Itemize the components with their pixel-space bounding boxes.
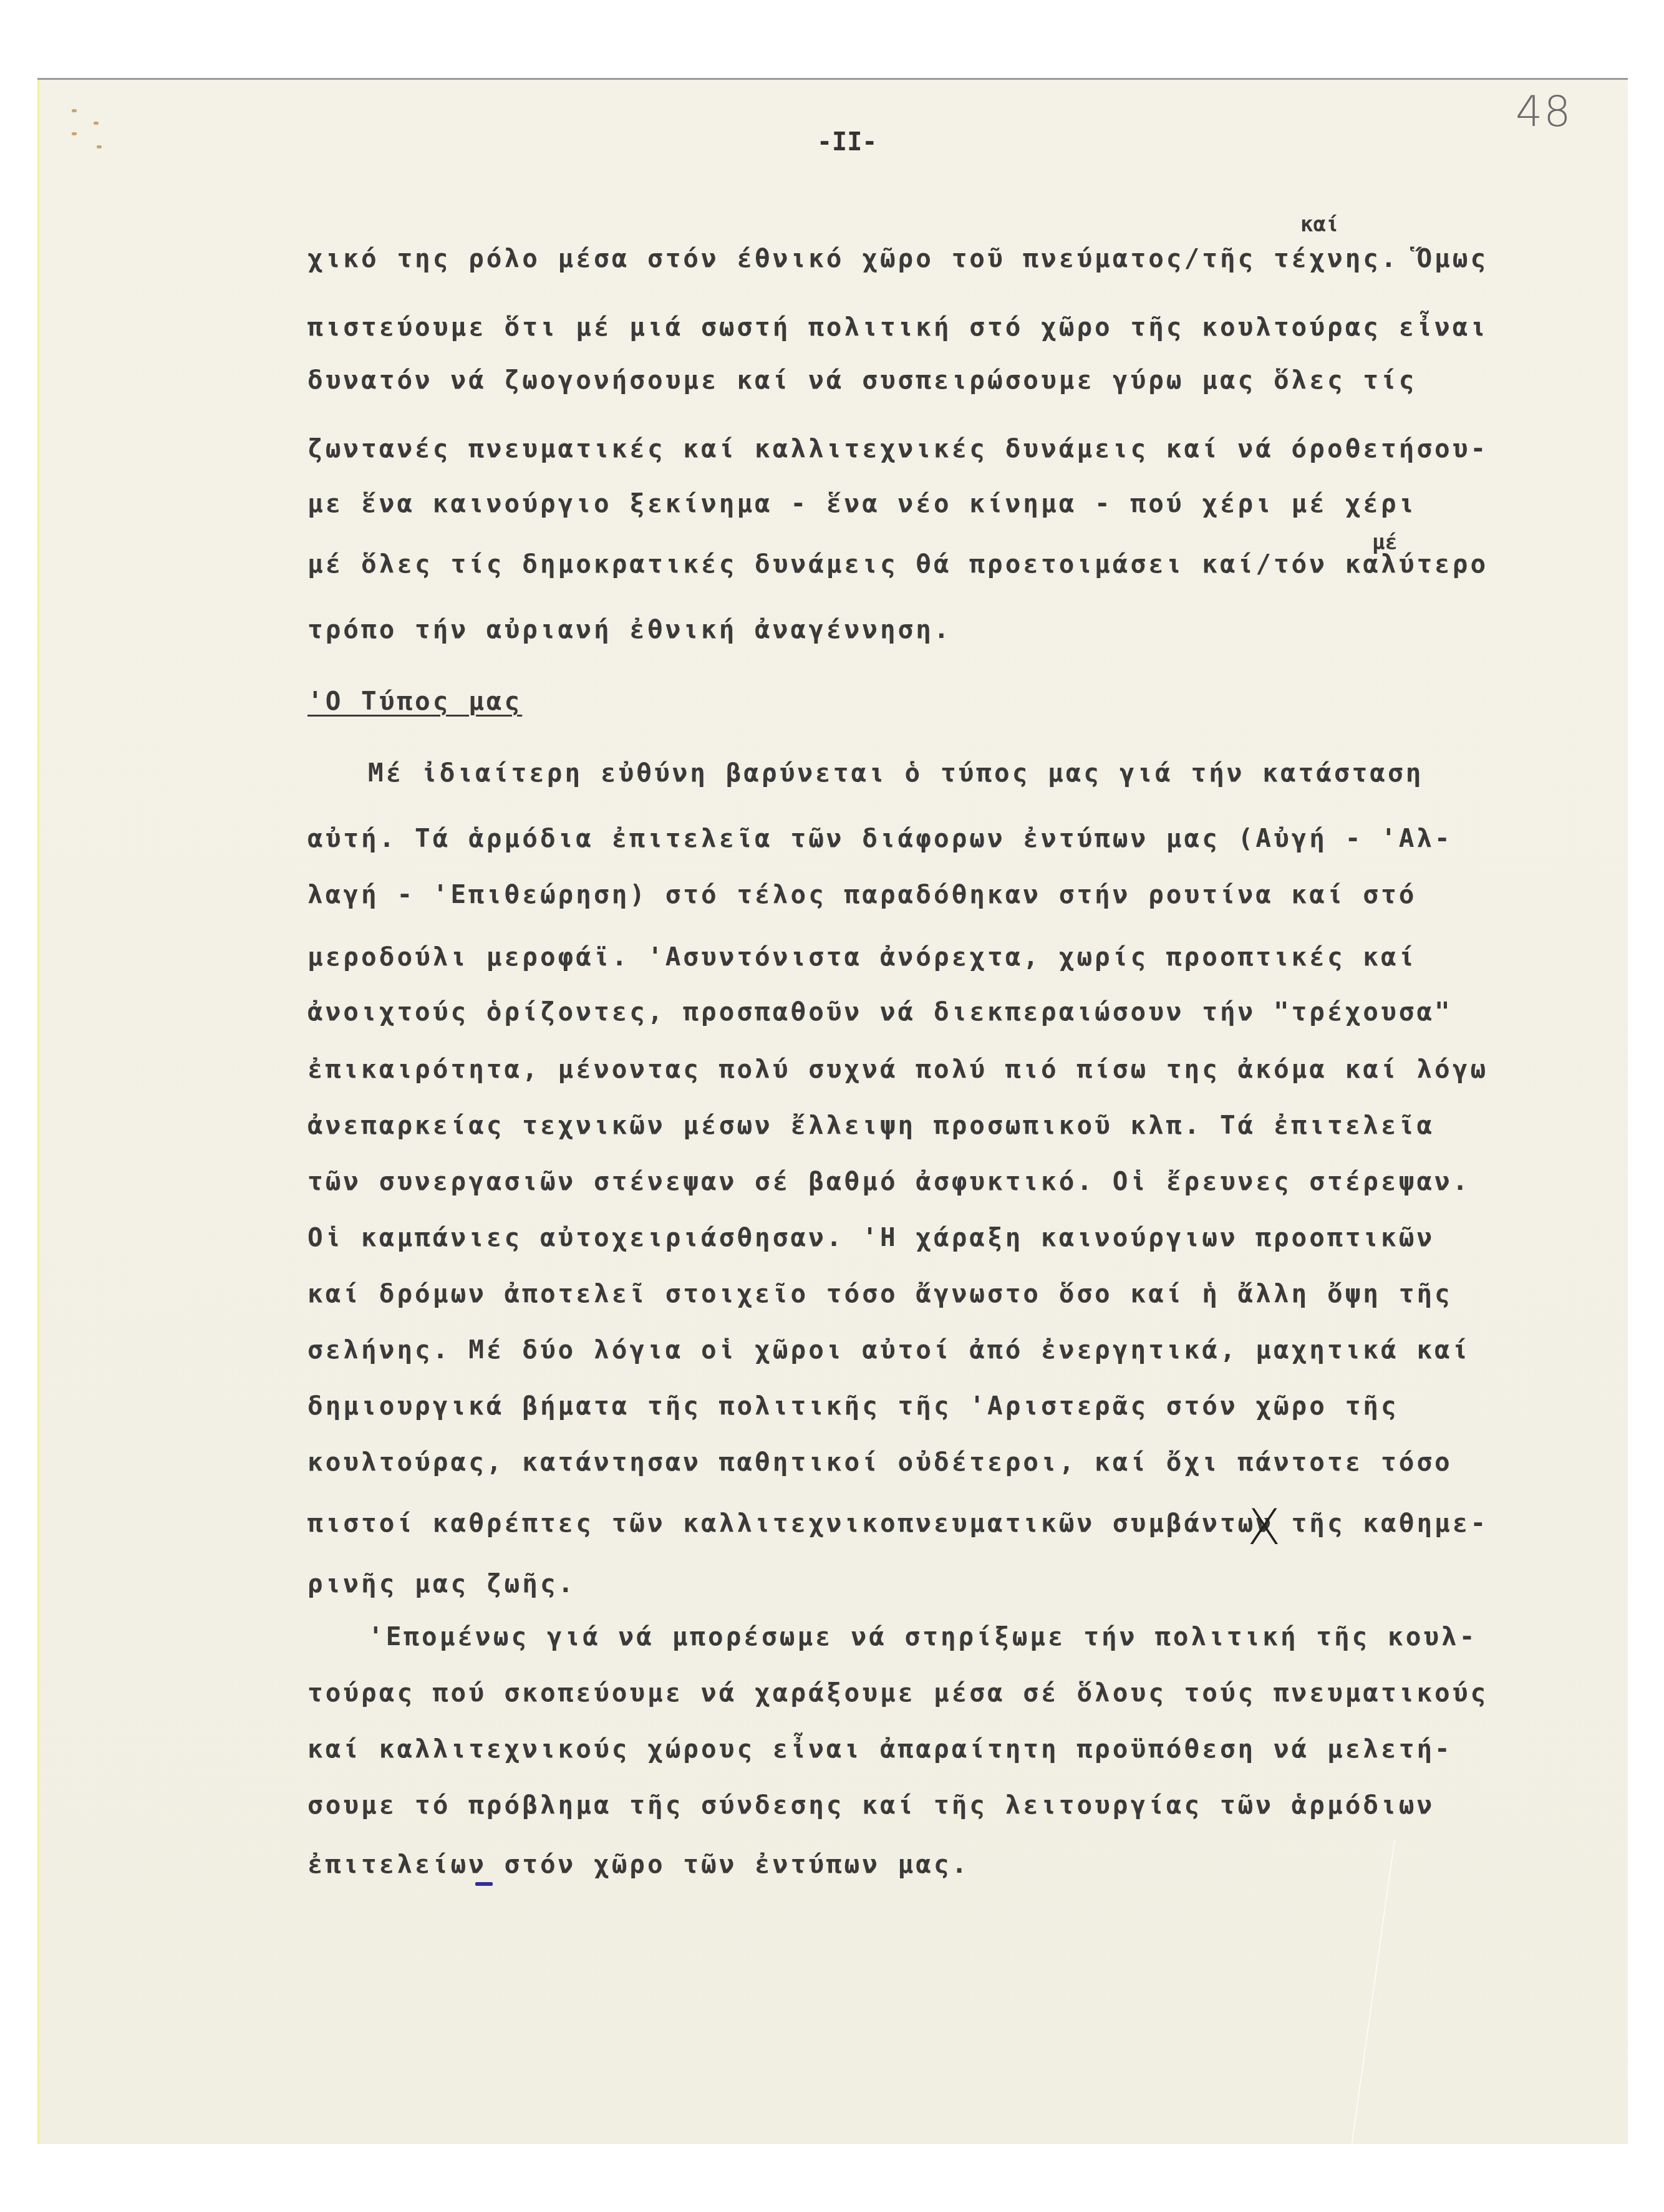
text-line: δυνατόν νά ζωογονήσουμε καί νά συσπειρώσ…: [307, 365, 1416, 395]
staple-mark: [72, 132, 77, 135]
text-line: καί δρόμων ἀποτελεῖ στοιχεῖο τόσο ἄγνωστ…: [307, 1278, 1453, 1308]
text-line: αὐτή. Τά ἁρμόδια ἐπιτελεῖα τῶν διάφορων …: [307, 823, 1453, 853]
text-line: δημιουργικά βήματα τῆς πολιτικῆς τῆς 'Αρ…: [307, 1391, 1399, 1421]
text-line: καί καλλιτεχνικούς χώρους εἶναι ἀπαραίτη…: [307, 1734, 1453, 1764]
text-line: ἀνεπαρκείας τεχνικῶν μέσων ἔλλειψη προσω…: [307, 1110, 1434, 1140]
insertion-above-line-1: καί: [1300, 212, 1338, 237]
text-line: Οἱ καμπάνιες αὐτοχειριάσθησαν. 'Η χάραξη…: [307, 1222, 1434, 1252]
text-line: με ἕνα καινούργιο ξεκίνημα - ἕνα νέο κίν…: [307, 488, 1416, 518]
text-line: Μέ ἰδιαίτερη εὐθύνη βαρύνεται ὁ τύπος μα…: [368, 758, 1423, 788]
typed-page-marker: -II-: [817, 128, 877, 157]
text-line: τῶν συνεργασιῶν στένεψαν σέ βαθμό ἀσφυκτ…: [307, 1166, 1470, 1196]
text-line: τρόπο τήν αὐριανή ἐθνική ἀναγέννηση.: [307, 614, 952, 644]
handwritten-cross-mark: X: [1247, 1500, 1280, 1556]
text-line: ἐπικαιρότητα, μένοντας πολύ συχνά πολύ π…: [307, 1054, 1488, 1084]
end-of-text-mark: [475, 1882, 493, 1886]
text-line: κουλτούρας, κατάντησαν παθητικοί οὐδέτερ…: [307, 1447, 1453, 1477]
text-line: ἐπιτελείων στόν χῶρο τῶν ἐντύπων μας.: [307, 1849, 969, 1879]
text-line: σουμε τό πρόβλημα τῆς σύνδεσης καί τῆς λ…: [307, 1790, 1434, 1820]
text-line: ἀνοιχτούς ὁρίζοντες, προσπαθοῦν νά διεκπ…: [307, 997, 1453, 1026]
text-line: σελήνης. Μέ δύο λόγια οἱ χῶροι αὐτοί ἀπό…: [307, 1335, 1470, 1364]
text-line: πιστεύουμε ὅτι μέ μιά σωστή πολιτική στό…: [307, 312, 1488, 342]
text-line: μέ ὅλες τίς δημοκρατικές δυνάμεις θά προ…: [307, 549, 1488, 579]
handwritten-page-number: 48: [1516, 87, 1572, 137]
text-line: πιστοί καθρέπτες τῶν καλλιτεχνικοπνευματ…: [307, 1508, 1488, 1538]
text-line: μεροδούλι μεροφάϊ. 'Ασυντόνιστα ἀνόρεχτα…: [307, 942, 1416, 972]
text-line: 'Επομένως γιά νά μπορέσωμε νά στηρίξωμε …: [368, 1621, 1477, 1651]
staple-mark: [94, 122, 99, 125]
text-line: ζωντανές πνευματικές καί καλλιτεχνικές δ…: [307, 433, 1488, 463]
text-line: λαγή - 'Επιθεώρηση) στό τέλος παραδόθηκα…: [307, 879, 1416, 909]
text-line: ρινῆς μας ζωῆς.: [307, 1568, 576, 1598]
staple-mark: [97, 145, 102, 148]
staple-mark: [72, 109, 77, 112]
section-heading: 'Ο Τύπος μας: [307, 686, 522, 716]
text-line: χικό της ρόλο μέσα στόν έθνικό χῶρο τοῦ …: [307, 243, 1488, 273]
text-line: τούρας πού σκοπεύουμε νά χαράξουμε μέσα …: [307, 1678, 1488, 1707]
